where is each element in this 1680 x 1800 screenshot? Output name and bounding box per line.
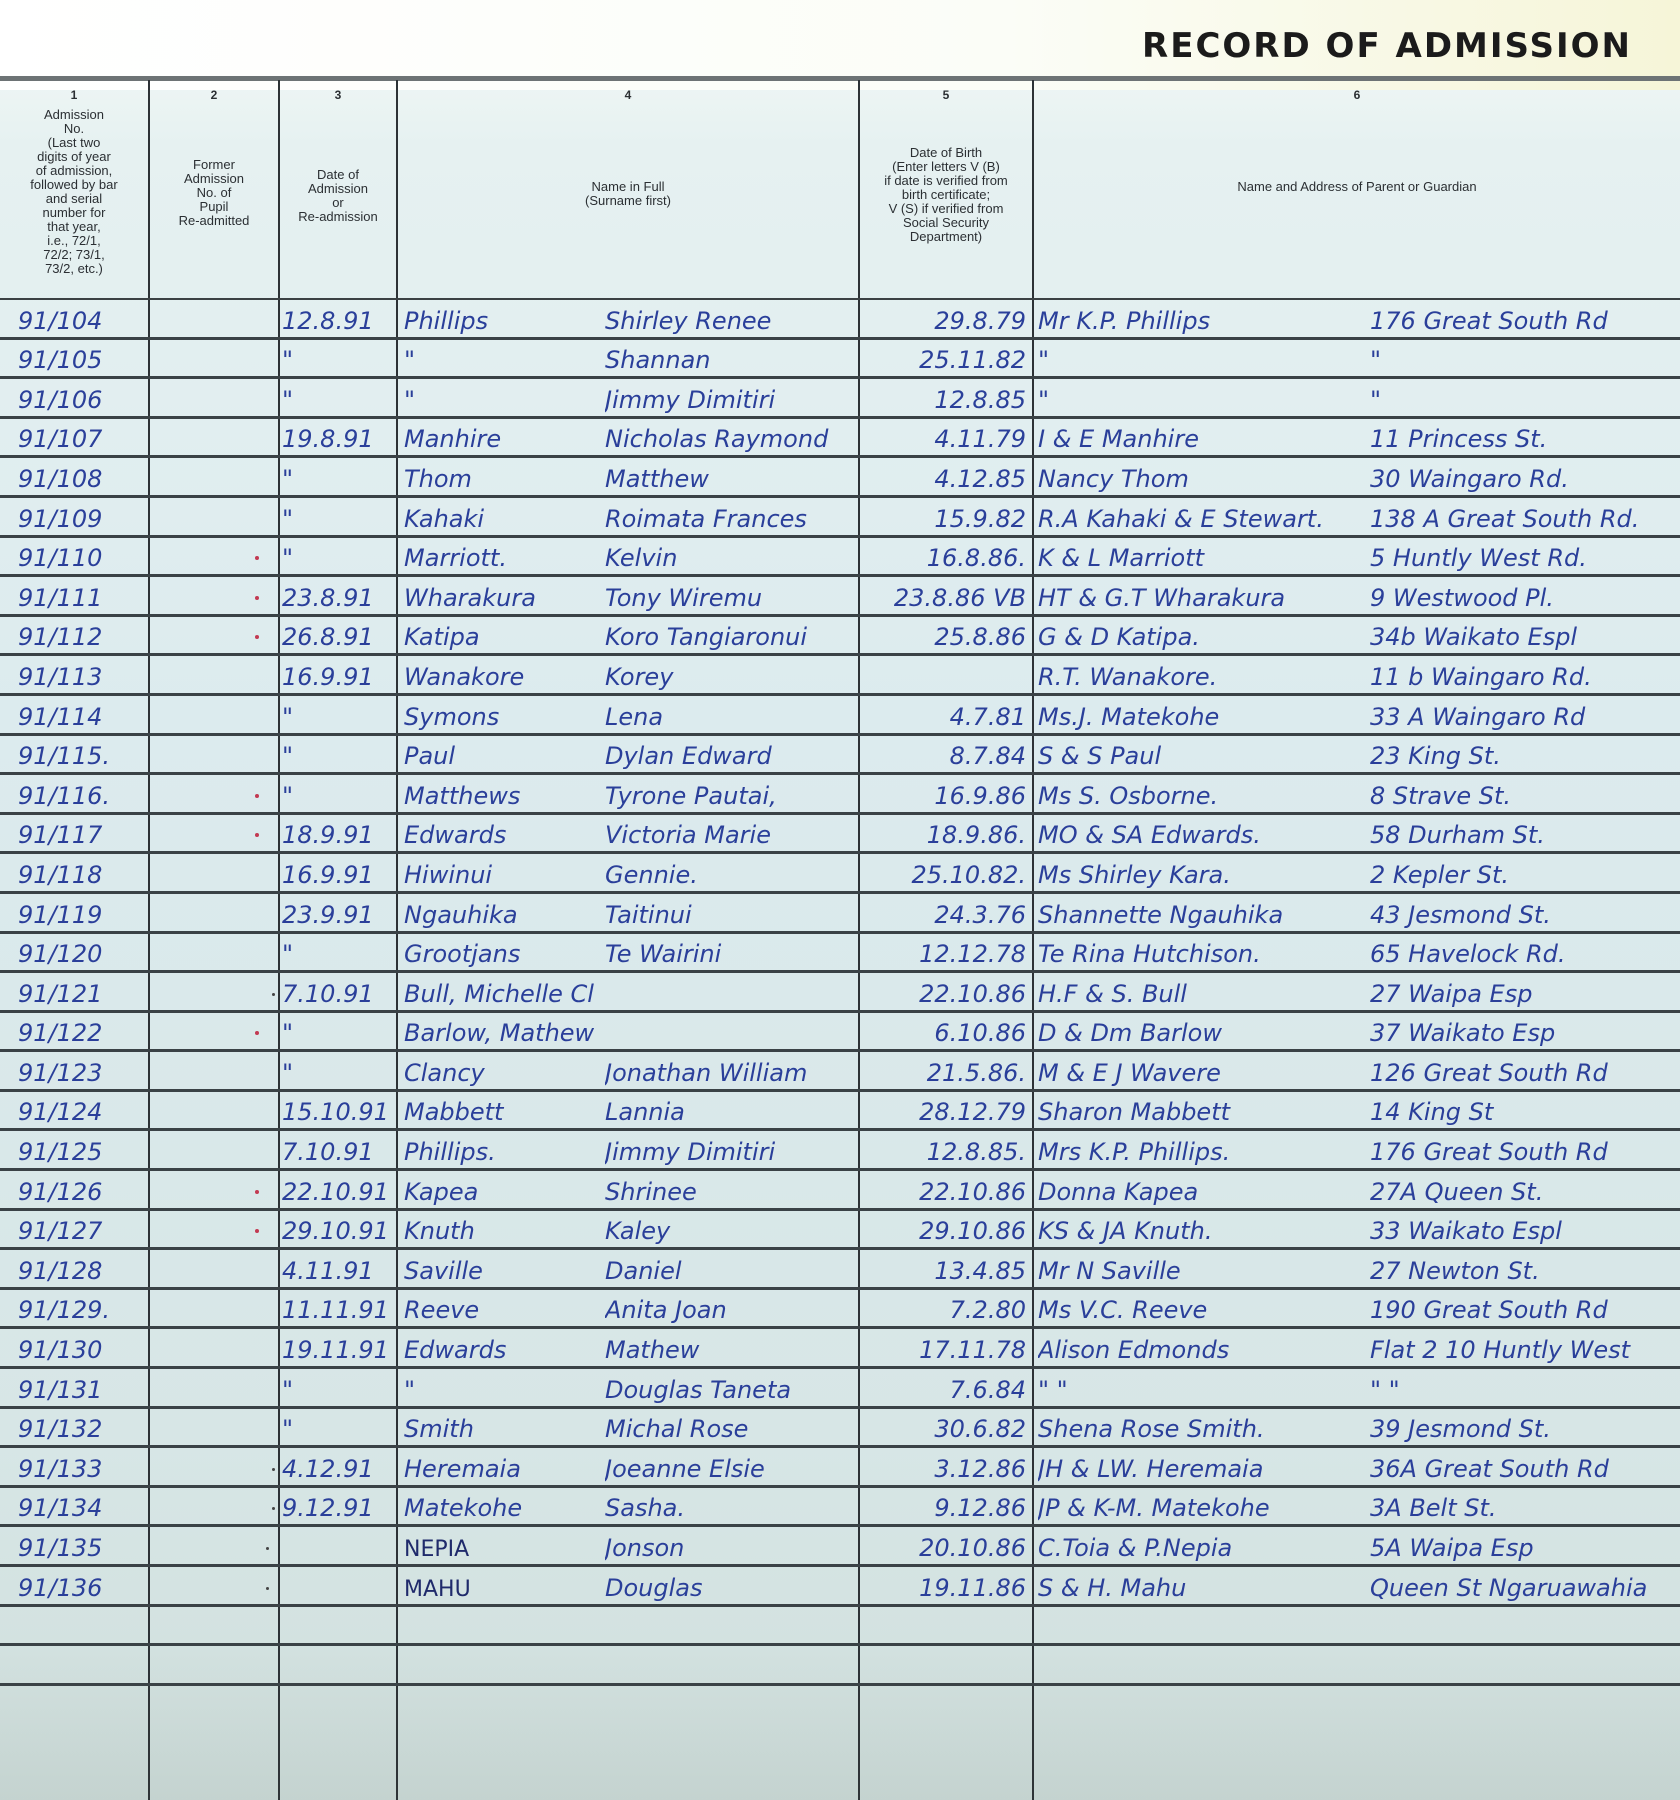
parent-guardian-address: 8 Strave St. (1370, 782, 1680, 810)
admission-date: 19.8.91 (282, 425, 392, 453)
admission-date: " (282, 1019, 392, 1047)
table-row: 91/11923.9.91NgauhikaTaitinui24.3.76Shan… (0, 894, 1680, 934)
admission-no: 91/118 (18, 861, 148, 889)
given-names: Shannan (605, 346, 860, 374)
parent-guardian-address: Flat 2 10 Huntly West (1370, 1336, 1680, 1364)
date-of-birth: 4.11.79 (866, 425, 1030, 453)
admission-no: 91/114 (18, 703, 148, 731)
admission-no: 91/124 (18, 1098, 148, 1126)
date-of-birth: 4.7.81 (866, 703, 1030, 731)
parent-guardian-address: 34b Waikato Espl (1370, 623, 1680, 651)
given-names: Tony Wiremu (605, 584, 860, 612)
date-of-birth: 4.12.85 (866, 465, 1030, 493)
admission-no: 91/112 (18, 623, 148, 651)
surname: Kahaki (404, 505, 594, 533)
parent-guardian-name: M & E J Wavere (1038, 1059, 1368, 1087)
given-names: Koro Tangiaronui (605, 623, 860, 651)
admission-no: 91/106 (18, 386, 148, 414)
given-names: Jimmy Dimitiri (605, 386, 860, 414)
date-of-birth: 23.8.86 VB (866, 584, 1030, 612)
surname: Thom (404, 465, 594, 493)
parent-guardian-address: 14 King St (1370, 1098, 1680, 1126)
parent-guardian-name: R.T. Wanakore. (1038, 663, 1368, 691)
admission-no: 91/126 (18, 1178, 148, 1206)
admission-no: 91/136 (18, 1574, 148, 1602)
given-names: Sasha. (605, 1494, 860, 1522)
table-row: 91/11316.9.91WanakoreKoreyR.T. Wanakore.… (0, 656, 1680, 696)
surname: Marriott. (404, 544, 594, 572)
date-of-birth: 29.10.86 (866, 1217, 1030, 1245)
date-of-birth: 21.5.86. (866, 1059, 1030, 1087)
given-names: Taitinui (605, 901, 860, 929)
given-names: Kelvin (605, 544, 860, 572)
table-row: 91/1217.10.91Bull, Michelle Claire22.10.… (0, 973, 1680, 1013)
surname: Symons (404, 703, 594, 731)
given-names: Mathew (605, 1336, 860, 1364)
table-row (0, 1646, 1680, 1686)
parent-guardian-name: Ms Shirley Kara. (1038, 861, 1368, 889)
table-row: 91/105""Shannan25.11.82"" (0, 340, 1680, 380)
column-header-date-of-birth: 5 Date of Birth (Enter letters V (B) if … (860, 84, 1032, 296)
parent-guardian-address: 9 Westwood Pl. (1370, 584, 1680, 612)
admission-date: " (282, 544, 392, 572)
table-row: 91/123"ClancyJonathan William21.5.86.M &… (0, 1052, 1680, 1092)
parent-guardian-name: Mr N Saville (1038, 1257, 1368, 1285)
parent-guardian-address: 27 Waipa Esp (1370, 980, 1680, 1008)
parent-guardian-address: 11 Princess St. (1370, 425, 1680, 453)
admission-date: " (282, 465, 392, 493)
admission-date: 26.8.91 (282, 623, 392, 651)
admission-no: 91/127 (18, 1217, 148, 1245)
parent-guardian-name: Mr K.P. Phillips (1038, 307, 1368, 335)
table-row (0, 1607, 1680, 1647)
date-of-birth: 22.10.86 (866, 980, 1030, 1008)
table-row: 91/116."MatthewsTyrone Pautai,16.9.86Ms … (0, 775, 1680, 815)
table-row: 91/12622.10.91KapeaShrinee22.10.86Donna … (0, 1171, 1680, 1211)
surname: Edwards (404, 821, 594, 849)
parent-guardian-address: 176 Great South Rd (1370, 307, 1680, 335)
parent-guardian-address: 2 Kepler St. (1370, 861, 1680, 889)
parent-guardian-address: 11 b Waingaro Rd. (1370, 663, 1680, 691)
admission-date: " (282, 1059, 392, 1087)
admission-date: " (282, 782, 392, 810)
date-of-birth: 7.2.80 (866, 1296, 1030, 1324)
admission-date: 22.10.91 (282, 1178, 392, 1206)
admission-no: 91/111 (18, 584, 148, 612)
admission-no: 91/123 (18, 1059, 148, 1087)
parent-guardian-address: 190 Great South Rd (1370, 1296, 1680, 1324)
admission-no: 91/109 (18, 505, 148, 533)
given-names: Shrinee (605, 1178, 860, 1206)
parent-guardian-name: Ms V.C. Reeve (1038, 1296, 1368, 1324)
parent-guardian-address: 33 Waikato Espl (1370, 1217, 1680, 1245)
red-tick-mark (255, 635, 259, 639)
date-of-birth: 24.3.76 (866, 901, 1030, 929)
admission-no: 91/125 (18, 1138, 148, 1166)
date-of-birth: 12.8.85. (866, 1138, 1030, 1166)
table-row: 91/131""Douglas Taneta7.6.84" "" " (0, 1369, 1680, 1409)
admission-no: 91/131 (18, 1376, 148, 1404)
table-row: 91/1334.12.91HeremaiaJoeanne Elsie3.12.8… (0, 1448, 1680, 1488)
given-names: Kaley (605, 1217, 860, 1245)
parent-guardian-name: HT & G.T Wharakura (1038, 584, 1368, 612)
parent-guardian-address: " (1370, 386, 1680, 414)
surname: Wanakore (404, 663, 594, 691)
parent-guardian-name: JP & K-M. Matekohe (1038, 1494, 1368, 1522)
admission-no: 91/117 (18, 821, 148, 849)
admission-date: " (282, 1376, 392, 1404)
parent-guardian-name: " " (1038, 1376, 1368, 1404)
admission-date: 16.9.91 (282, 663, 392, 691)
parent-guardian-name: Shena Rose Smith. (1038, 1415, 1368, 1443)
table-row: 91/108"ThomMatthew4.12.85Nancy Thom30 Wa… (0, 458, 1680, 498)
surname: Smith (404, 1415, 594, 1443)
given-names: Tyrone Pautai, (605, 782, 860, 810)
admission-date: 7.10.91 (282, 1138, 392, 1166)
column-header-admission-no: 1 Admission No. (Last two digits of year… (0, 84, 148, 296)
parent-guardian-name: Mrs K.P. Phillips. (1038, 1138, 1368, 1166)
parent-guardian-address: 65 Havelock Rd. (1370, 940, 1680, 968)
parent-guardian-name: Alison Edmonds (1038, 1336, 1368, 1364)
given-names: Korey (605, 663, 860, 691)
parent-guardian-address: 33 A Waingaro Rd (1370, 703, 1680, 731)
admission-no: 91/128 (18, 1257, 148, 1285)
admission-date: 12.8.91 (282, 307, 392, 335)
table-row: 91/129.11.11.91ReeveAnita Joan7.2.80Ms V… (0, 1290, 1680, 1330)
top-rule (0, 76, 1680, 81)
table-row: 91/13019.11.91EdwardsMathew17.11.78Aliso… (0, 1329, 1680, 1369)
date-of-birth: 16.8.86. (866, 544, 1030, 572)
admission-no: 91/129. (18, 1296, 148, 1324)
date-of-birth: 16.9.86 (866, 782, 1030, 810)
parent-guardian-address: 39 Jesmond St. (1370, 1415, 1680, 1443)
tick-mark (272, 1468, 275, 1471)
admission-date: 4.11.91 (282, 1257, 392, 1285)
table-row: 91/109"KahakiRoimata Frances15.9.82R.A K… (0, 498, 1680, 538)
parent-guardian-address: 5 Huntly West Rd. (1370, 544, 1680, 572)
date-of-birth: 22.10.86 (866, 1178, 1030, 1206)
surname: Mabbett (404, 1098, 594, 1126)
admission-date: 15.10.91 (282, 1098, 392, 1126)
admission-no: 91/133 (18, 1455, 148, 1483)
table-row: 91/10412.8.91PhillipsShirley Renee29.8.7… (0, 300, 1680, 340)
parent-guardian-name: G & D Katipa. (1038, 623, 1368, 651)
parent-guardian-name: Ms.J. Matekohe (1038, 703, 1368, 731)
date-of-birth: 6.10.86 (866, 1019, 1030, 1047)
date-of-birth: 20.10.86 (866, 1534, 1030, 1562)
admission-no: 91/120 (18, 940, 148, 968)
surname: Kapea (404, 1178, 594, 1206)
surname: Bull, Michelle Claire (404, 980, 594, 1008)
surname: Manhire (404, 425, 594, 453)
admission-no: 91/108 (18, 465, 148, 493)
surname: Grootjans (404, 940, 594, 968)
admission-date: " (282, 703, 392, 731)
date-of-birth: 7.6.84 (866, 1376, 1030, 1404)
admission-date: 9.12.91 (282, 1494, 392, 1522)
parent-guardian-address: 138 A Great South Rd. (1370, 505, 1680, 533)
tick-mark (266, 1547, 269, 1550)
admission-date: 11.11.91 (282, 1296, 392, 1324)
surname: MAHU (404, 1577, 594, 1602)
surname: " (404, 346, 594, 374)
admission-no: 91/104 (18, 307, 148, 335)
given-names: Victoria Marie (605, 821, 860, 849)
parent-guardian-name: " (1038, 346, 1368, 374)
admission-no: 91/121 (18, 980, 148, 1008)
given-names: Te Wairini (605, 940, 860, 968)
surname: Saville (404, 1257, 594, 1285)
parent-guardian-name: Donna Kapea (1038, 1178, 1368, 1206)
date-of-birth: 25.10.82. (866, 861, 1030, 889)
surname: Clancy (404, 1059, 594, 1087)
surname: Paul (404, 742, 594, 770)
table-row: 91/1284.11.91SavilleDaniel13.4.85Mr N Sa… (0, 1250, 1680, 1290)
admission-date: " (282, 346, 392, 374)
date-of-birth: 3.12.86 (866, 1455, 1030, 1483)
date-of-birth: 15.9.82 (866, 505, 1030, 533)
admission-no: 91/134 (18, 1494, 148, 1522)
date-of-birth: 18.9.86. (866, 821, 1030, 849)
surname: Phillips (404, 307, 594, 335)
surname: Barlow, Mathew David (404, 1019, 594, 1047)
parent-guardian-name: MO & SA Edwards. (1038, 821, 1368, 849)
register-rows: 91/10412.8.91PhillipsShirley Renee29.8.7… (0, 300, 1680, 1686)
table-row: 91/135NEPIAJonson20.10.86C.Toia & P.Nepi… (0, 1527, 1680, 1567)
admission-no: 91/135 (18, 1534, 148, 1562)
table-row: 91/12415.10.91MabbettLannia28.12.79Sharo… (0, 1092, 1680, 1132)
given-names: Anita Joan (605, 1296, 860, 1324)
tick-mark (266, 1587, 269, 1590)
table-row: 91/1349.12.91MatekoheSasha.9.12.86JP & K… (0, 1488, 1680, 1528)
admission-date: " (282, 742, 392, 770)
admission-date: 16.9.91 (282, 861, 392, 889)
surname: Matthews (404, 782, 594, 810)
parent-guardian-name: Te Rina Hutchison. (1038, 940, 1368, 968)
given-names: Lannia (605, 1098, 860, 1126)
table-row: 91/11718.9.91EdwardsVictoria Marie18.9.8… (0, 815, 1680, 855)
given-names: Shirley Renee (605, 307, 860, 335)
parent-guardian-address: 5A Waipa Esp (1370, 1534, 1680, 1562)
parent-guardian-name: K & L Marriott (1038, 544, 1368, 572)
admission-no: 91/107 (18, 425, 148, 453)
admission-date: 23.9.91 (282, 901, 392, 929)
parent-guardian-name: Sharon Mabbett (1038, 1098, 1368, 1126)
parent-guardian-name: S & S Paul (1038, 742, 1368, 770)
given-names: Douglas Taneta (605, 1376, 860, 1404)
surname: Hiwinui (404, 861, 594, 889)
table-row: 91/114"SymonsLena4.7.81Ms.J. Matekohe33 … (0, 696, 1680, 736)
surname: Heremaia (404, 1455, 594, 1483)
surname: Phillips. (404, 1138, 594, 1166)
given-names: Michal Rose (605, 1415, 860, 1443)
given-names: Dylan Edward (605, 742, 860, 770)
page-title: RECORD OF ADMISSION (1142, 26, 1632, 66)
red-tick-mark (255, 1190, 259, 1194)
surname: Knuth (404, 1217, 594, 1245)
admission-no: 91/132 (18, 1415, 148, 1443)
date-of-birth: 28.12.79 (866, 1098, 1030, 1126)
date-of-birth: 9.12.86 (866, 1494, 1030, 1522)
table-row: 91/120"GrootjansTe Wairini12.12.78Te Rin… (0, 934, 1680, 974)
parent-guardian-name: C.Toia & P.Nepia (1038, 1534, 1368, 1562)
admission-date: " (282, 1415, 392, 1443)
red-tick-mark (255, 596, 259, 600)
red-tick-mark (255, 833, 259, 837)
admission-no: 91/130 (18, 1336, 148, 1364)
admission-no: 91/122 (18, 1019, 148, 1047)
parent-guardian-name: I & E Manhire (1038, 425, 1368, 453)
parent-guardian-name: S & H. Mahu (1038, 1574, 1368, 1602)
date-of-birth: 19.11.86 (866, 1574, 1030, 1602)
column-header-parent-guardian: 6 Name and Address of Parent or Guardian (1034, 84, 1680, 296)
parent-guardian-name: KS & JA Knuth. (1038, 1217, 1368, 1245)
table-row: 91/11816.9.91HiwinuiGennie.25.10.82.Ms S… (0, 854, 1680, 894)
parent-guardian-name: Ms S. Osborne. (1038, 782, 1368, 810)
surname: " (404, 1376, 594, 1404)
admission-no: 91/113 (18, 663, 148, 691)
surname: Ngauhika (404, 901, 594, 929)
surname: Katipa (404, 623, 594, 651)
parent-guardian-name: R.A Kahaki & E Stewart. (1038, 505, 1368, 533)
given-names: Gennie. (605, 861, 860, 889)
parent-guardian-name: " (1038, 386, 1368, 414)
admission-date: 19.11.91 (282, 1336, 392, 1364)
admission-date: 18.9.91 (282, 821, 392, 849)
table-row: 91/10719.8.91ManhireNicholas Raymond4.11… (0, 419, 1680, 459)
tick-mark (272, 1507, 275, 1510)
parent-guardian-name: Shannette Ngauhika (1038, 901, 1368, 929)
admission-no: 91/110 (18, 544, 148, 572)
parent-guardian-address: 27 Newton St. (1370, 1257, 1680, 1285)
date-of-birth: 8.7.84 (866, 742, 1030, 770)
given-names: Lena (605, 703, 860, 731)
admission-date: 7.10.91 (282, 980, 392, 1008)
surname: Edwards (404, 1336, 594, 1364)
surname: Reeve (404, 1296, 594, 1324)
date-of-birth: 13.4.85 (866, 1257, 1030, 1285)
admission-no: 91/105 (18, 346, 148, 374)
table-row: 91/11123.8.91WharakuraTony Wiremu23.8.86… (0, 577, 1680, 617)
admission-no: 91/116. (18, 782, 148, 810)
parent-guardian-address: 43 Jesmond St. (1370, 901, 1680, 929)
column-header-former-admission-no: 2 Former Admission No. of Pupil Re-admit… (150, 84, 278, 296)
parent-guardian-address: 58 Durham St. (1370, 821, 1680, 849)
parent-guardian-name: H.F & S. Bull (1038, 980, 1368, 1008)
column-header-name-in-full: 4 Name in Full (Surname first) (398, 84, 858, 296)
admission-no: 91/119 (18, 901, 148, 929)
red-tick-mark (255, 1229, 259, 1233)
given-names: Jimmy Dimitiri (605, 1138, 860, 1166)
date-of-birth: 12.12.78 (866, 940, 1030, 968)
surname: Wharakura (404, 584, 594, 612)
date-of-birth: 25.8.86 (866, 623, 1030, 651)
parent-guardian-address: " (1370, 346, 1680, 374)
surname: " (404, 386, 594, 414)
given-names: Nicholas Raymond (605, 425, 860, 453)
admission-no: 91/115. (18, 742, 148, 770)
red-tick-mark (255, 1031, 259, 1035)
given-names: Douglas (605, 1574, 860, 1602)
table-row: 91/11226.8.91KatipaKoro Tangiaronui25.8.… (0, 617, 1680, 657)
given-names: Jonson (605, 1534, 860, 1562)
table-row: 91/1257.10.91Phillips.Jimmy Dimitiri12.8… (0, 1131, 1680, 1171)
parent-guardian-address: " " (1370, 1376, 1680, 1404)
column-header-date-of-admission: 3 Date of Admission or Re-admission (280, 84, 396, 296)
parent-guardian-address: 23 King St. (1370, 742, 1680, 770)
parent-guardian-address: Queen St Ngaruawahia (1370, 1574, 1680, 1602)
parent-guardian-name: JH & LW. Heremaia (1038, 1455, 1368, 1483)
given-names: Jonathan William (605, 1059, 860, 1087)
table-row: 91/110"Marriott.Kelvin16.8.86.K & L Marr… (0, 538, 1680, 578)
tick-mark (272, 993, 275, 996)
parent-guardian-address: 30 Waingaro Rd. (1370, 465, 1680, 493)
admission-date: " (282, 940, 392, 968)
parent-guardian-address: 37 Waikato Esp (1370, 1019, 1680, 1047)
surname: NEPIA (404, 1537, 594, 1562)
parent-guardian-address: 36A Great South Rd (1370, 1455, 1680, 1483)
parent-guardian-name: D & Dm Barlow (1038, 1019, 1368, 1047)
parent-guardian-address: 126 Great South Rd (1370, 1059, 1680, 1087)
parent-guardian-address: 27A Queen St. (1370, 1178, 1680, 1206)
admission-date: " (282, 386, 392, 414)
admission-date: 4.12.91 (282, 1455, 392, 1483)
table-row: 91/132"SmithMichal Rose30.6.82Shena Rose… (0, 1409, 1680, 1449)
date-of-birth: 25.11.82 (866, 346, 1030, 374)
given-names: Roimata Frances (605, 505, 860, 533)
red-tick-mark (255, 794, 259, 798)
surname: Matekohe (404, 1494, 594, 1522)
given-names: Matthew (605, 465, 860, 493)
admission-register-table: 1 Admission No. (Last two digits of year… (0, 76, 1680, 1800)
red-tick-mark (255, 556, 259, 560)
admission-date: 29.10.91 (282, 1217, 392, 1245)
date-of-birth: 17.11.78 (866, 1336, 1030, 1364)
table-row: 91/12729.10.91KnuthKaley29.10.86KS & JA … (0, 1211, 1680, 1251)
table-row: 91/106""Jimmy Dimitiri12.8.85"" (0, 379, 1680, 419)
admission-date: " (282, 505, 392, 533)
admission-date: 23.8.91 (282, 584, 392, 612)
date-of-birth: 12.8.85 (866, 386, 1030, 414)
parent-guardian-address: 3A Belt St. (1370, 1494, 1680, 1522)
date-of-birth: 29.8.79 (866, 307, 1030, 335)
parent-guardian-address: 176 Great South Rd (1370, 1138, 1680, 1166)
table-row: 91/136MAHUDouglas19.11.86S & H. MahuQuee… (0, 1567, 1680, 1607)
given-names: Joeanne Elsie (605, 1455, 860, 1483)
table-row: 91/115."PaulDylan Edward8.7.84S & S Paul… (0, 736, 1680, 776)
table-row: 91/122"Barlow, Mathew David6.10.86D & Dm… (0, 1013, 1680, 1053)
date-of-birth: 30.6.82 (866, 1415, 1030, 1443)
parent-guardian-name: Nancy Thom (1038, 465, 1368, 493)
given-names: Daniel (605, 1257, 860, 1285)
